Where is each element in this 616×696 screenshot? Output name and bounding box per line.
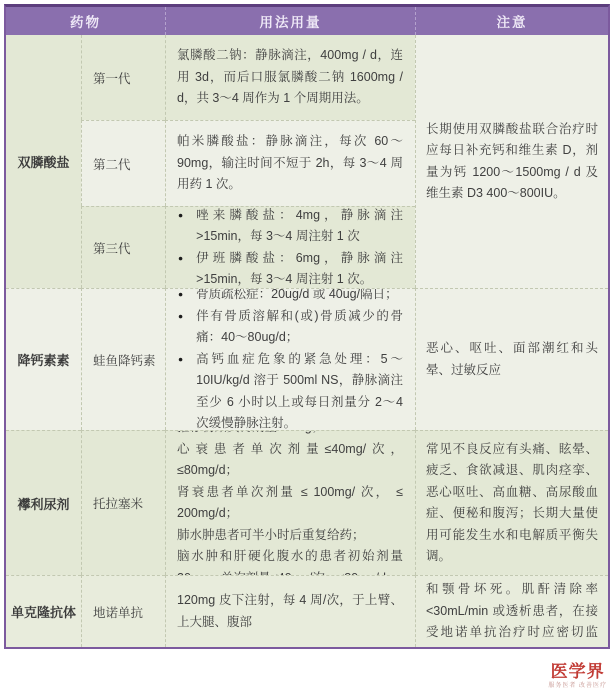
- header-cell-note: 注意: [415, 7, 608, 35]
- bullet-icon: ●: [178, 248, 183, 270]
- list-item: ● 骨质疏松症：20ug/d 或 40ug/隔日；: [172, 288, 403, 306]
- header-drug-label: 药物: [70, 11, 101, 31]
- dosage-text: 帕米膦酸盐：静脉滴注，每次 60～90mg，输注时间不短于 2h，每 3～4 周…: [177, 131, 403, 196]
- generation-2-label: 第二代: [81, 120, 165, 206]
- medication-table: 药物 用法用量 注意 双膦酸盐 第一代 氯膦酸二钠：静脉滴注，400mg / d…: [4, 4, 610, 649]
- header-usage-label: 用法用量: [260, 11, 322, 31]
- list-item: ● 伊班膦酸盐：6mg，静脉滴注>15min，每 3～4 周注射 1 次。: [172, 248, 403, 289]
- header-cell-usage: 用法用量: [165, 7, 415, 35]
- note-text: 最严重的不良反应为低钙血症和颚骨坏死。肌酐清除率<30mL/min 或透析患者，…: [426, 575, 598, 647]
- dosage-text: 肺水肿患者可半小时后重复给药；: [177, 525, 403, 547]
- note-monoclonal: 最严重的不良反应为低钙血症和颚骨坏死。肌酐清除率<30mL/min 或透析患者，…: [415, 575, 608, 647]
- dosage-text: 高钙血症危象的紧急处理：5～10IU/kg/d 溶于 500ml NS，静脉滴注…: [196, 349, 403, 430]
- publisher-logo: 医学界 服务医者 改善医疗: [548, 663, 607, 690]
- dosage-generation-2: 帕米膦酸盐：静脉滴注，每次 60～90mg，输注时间不短于 2h，每 3～4 周…: [165, 120, 415, 206]
- logo-wordmark: 医学界: [548, 663, 607, 682]
- drug-monoclonal: 地诺单抗: [81, 575, 165, 647]
- bullet-icon: ●: [178, 206, 183, 226]
- dosage-monoclonal: 120mg 皮下注射，每 4 周/次，于上臂、上大腿、腹部: [165, 575, 415, 647]
- note-text: 常见不良反应有头痛、眩晕、疲乏、食欲减退、肌肉痉挛、恶心呕吐、高血糖、高尿酸血症…: [426, 439, 598, 568]
- list-item: ● 唑来膦酸盐：4mg，静脉滴注>15min，每 3～4 周注射 1 次: [172, 206, 403, 248]
- dosage-generation-3: ● 唑来膦酸盐：4mg，静脉滴注>15min，每 3～4 周注射 1 次 ● 伊…: [165, 206, 415, 288]
- dosage-text: 骨质疏松症：20ug/d 或 40ug/隔日；: [196, 288, 403, 306]
- dosage-text: 伊班膦酸盐：6mg，静脉滴注>15min，每 3～4 周注射 1 次。: [196, 248, 403, 289]
- dosage-text: 唑来膦酸盐：4mg，静脉滴注>15min，每 3～4 周注射 1 次: [196, 206, 403, 248]
- dosage-text: 120mg 皮下注射，每 4 周/次，于上臂、上大腿、腹部: [177, 590, 403, 633]
- dosage-text: 伴有骨质溶解和(或)骨质减少的骨痛：40～80ug/d；: [196, 306, 403, 349]
- dosage-text: 氯膦酸二钠：静脉滴注，400mg / d，连用 3d，而后口服氯膦酸二钠 160…: [177, 45, 403, 110]
- generation-3-label: 第三代: [81, 206, 165, 288]
- note-bisphosphonate: 长期使用双膦酸盐联合治疗时应每日补充钙和维生素 D，剂量为钙 1200～1500…: [415, 35, 608, 288]
- bullet-icon: ●: [178, 349, 183, 371]
- note-text: 恶心、呕吐、面部潮红和头晕、过敏反应: [426, 338, 598, 381]
- header-cell-drug: 药物: [6, 7, 165, 35]
- bullet-icon: ●: [178, 306, 183, 328]
- note-text: 长期使用双膦酸盐联合治疗时应每日补充钙和维生素 D，剂量为钙 1200～1500…: [426, 119, 598, 205]
- note-calcitonin: 恶心、呕吐、面部潮红和头晕、过敏反应: [415, 288, 608, 430]
- dosage-calcitonin: ● 骨质疏松症：20ug/d 或 40ug/隔日； ● 伴有骨质溶解和(或)骨质…: [165, 288, 415, 430]
- drug-calcitonin: 蛙鱼降钙素: [81, 288, 165, 430]
- category-calcitonin: 降钙素素: [6, 288, 81, 430]
- drug-loop-diuretic: 托拉塞米: [81, 430, 165, 575]
- header-note-label: 注意: [497, 11, 528, 31]
- category-loop-diuretic: 襻利尿剂: [6, 430, 81, 575]
- dosage-text: 肾衰患者单次剂量 ≤ 100mg/ 次， ≤ 200mg/d；: [177, 482, 403, 525]
- generation-1-label: 第一代: [81, 35, 165, 120]
- dosage-bullet-list: ● 唑来膦酸盐：4mg，静脉滴注>15min，每 3～4 周注射 1 次 ● 伊…: [172, 206, 403, 288]
- category-bisphosphonate: 双膦酸盐: [6, 35, 81, 288]
- category-monoclonal: 单克隆抗体: [6, 575, 81, 647]
- list-item: ● 高钙血症危象的紧急处理：5～10IU/kg/d 溶于 500ml NS，静脉…: [172, 349, 403, 430]
- logo-slogan: 服务医者 改善医疗: [548, 683, 607, 690]
- dosage-text: 心衰患者单次剂量≤40mg/次，≤80mg/d；: [177, 439, 403, 482]
- dosage-text: 推荐初始负荷剂量 20mg；: [177, 430, 403, 439]
- dosage-bullet-list: ● 骨质疏松症：20ug/d 或 40ug/隔日； ● 伴有骨质溶解和(或)骨质…: [172, 288, 403, 430]
- bullet-icon: ●: [178, 288, 183, 306]
- note-loop-diuretic: 常见不良反应有头痛、眩晕、疲乏、食欲减退、肌肉痉挛、恶心呕吐、高血糖、高尿酸血症…: [415, 430, 608, 575]
- dosage-generation-1: 氯膦酸二钠：静脉滴注，400mg / d，连用 3d，而后口服氯膦酸二钠 160…: [165, 35, 415, 120]
- dosage-loop-diuretic: 推荐初始负荷剂量 20mg； 心衰患者单次剂量≤40mg/次，≤80mg/d； …: [165, 430, 415, 575]
- list-item: ● 伴有骨质溶解和(或)骨质减少的骨痛：40～80ug/d；: [172, 306, 403, 349]
- dosage-text: 脑水肿和肝硬化腹水的患者初始剂量 20mg，单次剂量≤40mg/次，≤80mg/…: [177, 546, 403, 575]
